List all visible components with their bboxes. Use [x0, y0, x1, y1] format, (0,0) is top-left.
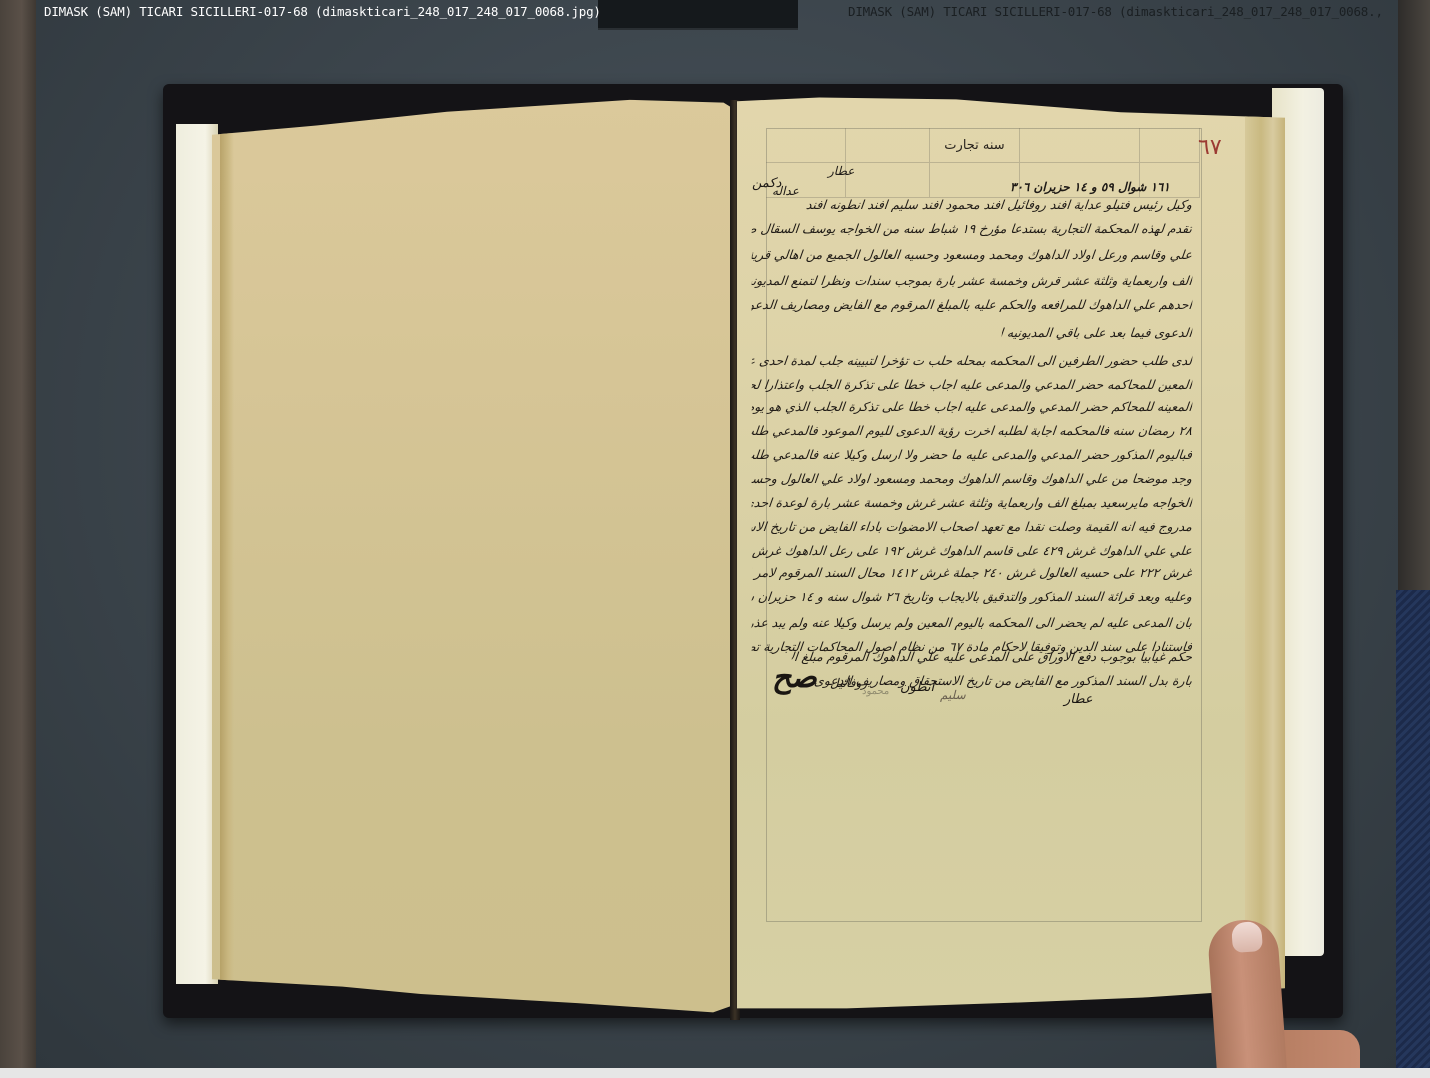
text-line: مدروج فيه انه القيمة وصلت نقدا مع تعهد ا…: [751, 520, 1192, 534]
header-cell: [930, 163, 1020, 198]
text-line: وجد موضحا من علي الداهوك وقاسم الداهوك و…: [751, 472, 1192, 486]
text-line: علي وقاسم ورعل اولاد الداهوك ومحمد ومسعو…: [751, 248, 1192, 262]
text-line: وكيل رئيس فتيلو عداية افند روفائيل افند …: [771, 198, 1192, 212]
page-number: ٦٧: [1198, 135, 1222, 160]
text-line: الدعوى فيما بعد على باقي المديونيه الاخر…: [1001, 326, 1192, 340]
page-fore-edge: [1245, 112, 1285, 992]
text-line: علي علي الداهوك غرش ٤٢٩ على قاسم الداهوك…: [751, 544, 1192, 558]
header-cell: [846, 163, 930, 198]
image-caption-right: DIMASK (SAM) TICARI SICILLERI-017-68 (di…: [848, 4, 1383, 19]
header-cell: [846, 128, 930, 163]
entry-text: وكيل رئيس فتيلو عداية افند روفائيل افند …: [752, 196, 1192, 666]
fabric-sleeve: [1396, 590, 1430, 1078]
signature: عطار: [1064, 692, 1093, 707]
entry-date: ١٦١ شوال ٥٩ و ١٤ حزيران ٣٠٦: [1010, 180, 1170, 194]
text-line: احدهم علي الداهوك للمرافعه والحكم عليه ب…: [751, 298, 1192, 312]
text-line: غرش ٢٢٢ على حسيه العالول غرش ٢٤٠ جملة غر…: [751, 566, 1192, 580]
text-line: ٢٨ رمضان سنه فالمحكمه اجابة لطلبه اخرت ر…: [751, 424, 1192, 438]
text-line: لدى طلب حضور الطرفين الى المحكمه بمحله ح…: [751, 354, 1192, 368]
image-bottom-border: [0, 1068, 1430, 1078]
text-line: بان المدعى عليه لم يحضر الى المحكمه بالي…: [751, 616, 1192, 630]
text-line: الف واربعماية وثلثة عشر قرش وخمسة عشر با…: [751, 274, 1192, 288]
background-wall-left: [0, 0, 36, 1078]
text-line: المعين للمحاكمه حضر المدعي والمدعى عليه …: [751, 378, 1192, 392]
header-cell: [1020, 128, 1140, 163]
endpaper-left: [176, 124, 218, 984]
header-cell-heading: سنه تجارت: [930, 128, 1020, 163]
copy-stand-clip: [598, 0, 798, 30]
text-line: وعليه وبعد قرائة السند المذكور والتدقيق …: [751, 590, 1192, 604]
text-line: المعينه للمحاكم حضر المدعي والمدعى عليه …: [751, 400, 1192, 414]
margin-note: عطار: [828, 164, 854, 178]
header-cell: [1140, 128, 1200, 163]
fingernail: [1231, 921, 1263, 953]
header-cell: [766, 128, 846, 163]
signature: انطون: [900, 680, 934, 695]
page-stain: [220, 118, 234, 998]
text-line: حكم غيابيا بوجوب دفع الاوراق على المدعى …: [791, 650, 1192, 664]
text-line: فباليوم المذكور حضر المدعي والمدعى عليه …: [751, 448, 1192, 462]
entry-text-continued: حكم غيابيا بوجوب دفع الاوراق على المدعى …: [752, 640, 1192, 700]
text-line: تقدم لهذه المحكمة التجارية بستدعا مؤرخ ١…: [751, 222, 1192, 236]
image-caption-left: DIMASK (SAM) TICARI SICILLERI-017-68 (di…: [44, 4, 601, 19]
seal-stamp: محمود: [862, 686, 889, 697]
signature-sah: صح: [772, 660, 817, 695]
left-page-blank: [212, 98, 734, 1016]
text-line: الخواجه مايرسعيد بمبلغ الف واربعماية وثل…: [751, 496, 1192, 510]
signature: سليم: [940, 688, 966, 702]
